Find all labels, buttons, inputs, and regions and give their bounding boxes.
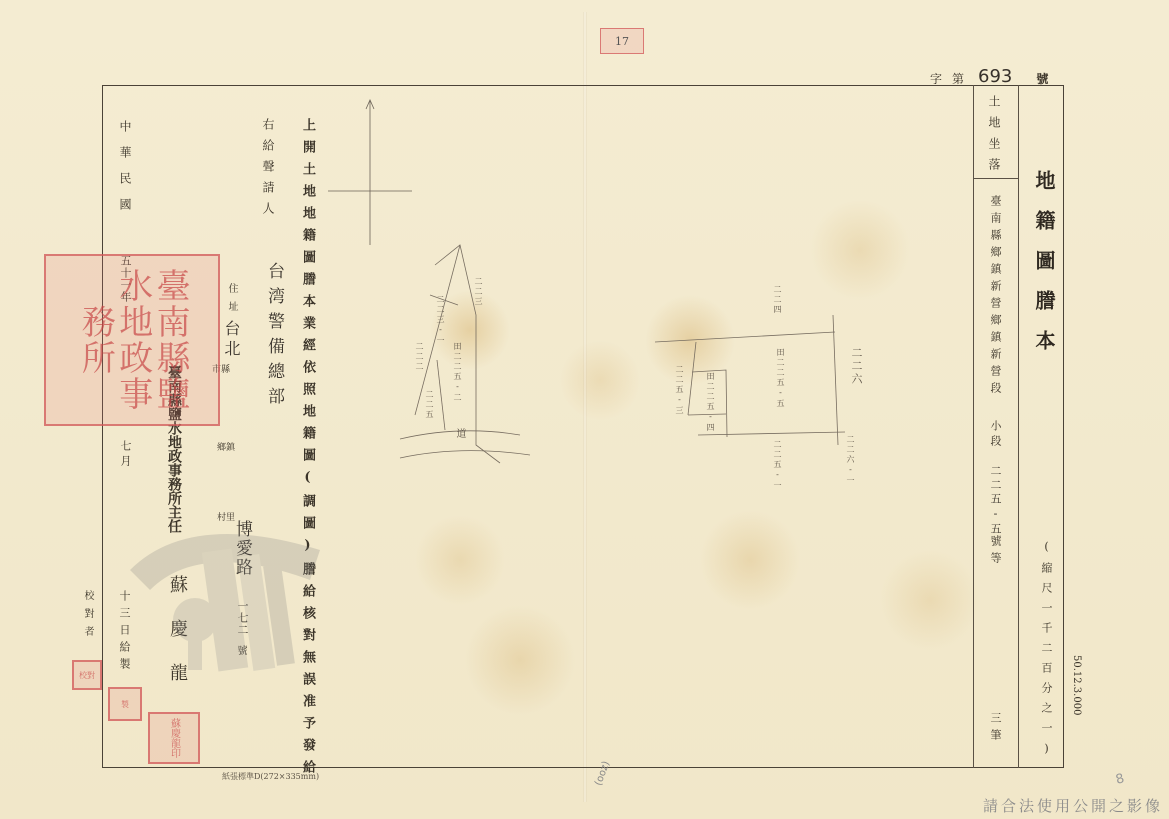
parcel-label: 二二二 xyxy=(414,342,425,372)
statement-line1: 上開土地地籍圖謄本業經依照地籍圖(調圖)謄給核對無誤准予發給 xyxy=(298,118,317,782)
header-mark: 17 xyxy=(615,35,629,48)
parcel-label: 二二五-一 xyxy=(772,440,783,491)
land-location-label: 土地坐落 xyxy=(986,95,1003,179)
parcel-label: 田二二五-四 xyxy=(705,372,716,433)
township-label: 鄉鎮 xyxy=(217,440,235,453)
issuer-name-seal: 蘇慶龍印 xyxy=(148,712,200,764)
parcel-label: 二二四 xyxy=(772,285,783,315)
document-title: 地籍圖謄本 xyxy=(1030,170,1059,370)
scale-text: (縮尺一千二百分之一) xyxy=(1038,540,1054,764)
document-number-line: 字第 693 號 xyxy=(930,66,1048,87)
applicant-name: 台湾警備總部 xyxy=(262,262,287,412)
office-seal: 臺南縣鹽水地政事務所 xyxy=(44,254,220,426)
checker-seal: 校對 xyxy=(72,660,102,690)
parcel-label: 田二二五-二 xyxy=(452,342,463,403)
parcel-label: 二二三-一 xyxy=(435,295,446,346)
road-label: 道 xyxy=(452,428,467,440)
parcel-label: 二二六 xyxy=(848,347,864,386)
parcel-label: 二二三 xyxy=(473,277,484,307)
address-label: 住址 xyxy=(224,283,239,319)
form-code: 50.12.3.000 xyxy=(1071,655,1082,715)
maker-seal: 製 xyxy=(108,687,142,721)
archive-logo-watermark-icon xyxy=(110,510,340,680)
lot-number: 二二五-五 xyxy=(987,465,1003,537)
lot-suffix: 號等 xyxy=(987,535,1003,569)
usage-watermark: 請合法使用公開之影像 xyxy=(983,795,1163,816)
column-divider xyxy=(973,85,974,768)
date-era: 中華民國 xyxy=(117,120,134,224)
date-month: 七月 xyxy=(117,440,133,470)
land-location-address: 臺南縣鄉鎮新營鄉鎮新營段 xyxy=(987,195,1003,399)
paper-spec: 紙張標準D(272×335mm) xyxy=(222,771,319,782)
parcel-label: 二二五 xyxy=(424,390,435,420)
parcel-label: 田二二五-五 xyxy=(775,348,786,409)
subsection-label: 小段 xyxy=(987,420,1003,450)
document-number: 693 xyxy=(978,66,1012,87)
parcel-label: 二二五-三 xyxy=(674,365,685,416)
checker-label: 校對者 xyxy=(80,590,95,644)
address-city: 台北 xyxy=(220,320,243,360)
header-seal: 17 xyxy=(600,28,644,54)
applicant-prefix: 右給聲請人 xyxy=(260,118,277,223)
parcel-count: 三筆 xyxy=(987,712,1003,746)
column-divider xyxy=(1018,85,1019,768)
parcel-label: 二二六-一 xyxy=(845,435,856,486)
